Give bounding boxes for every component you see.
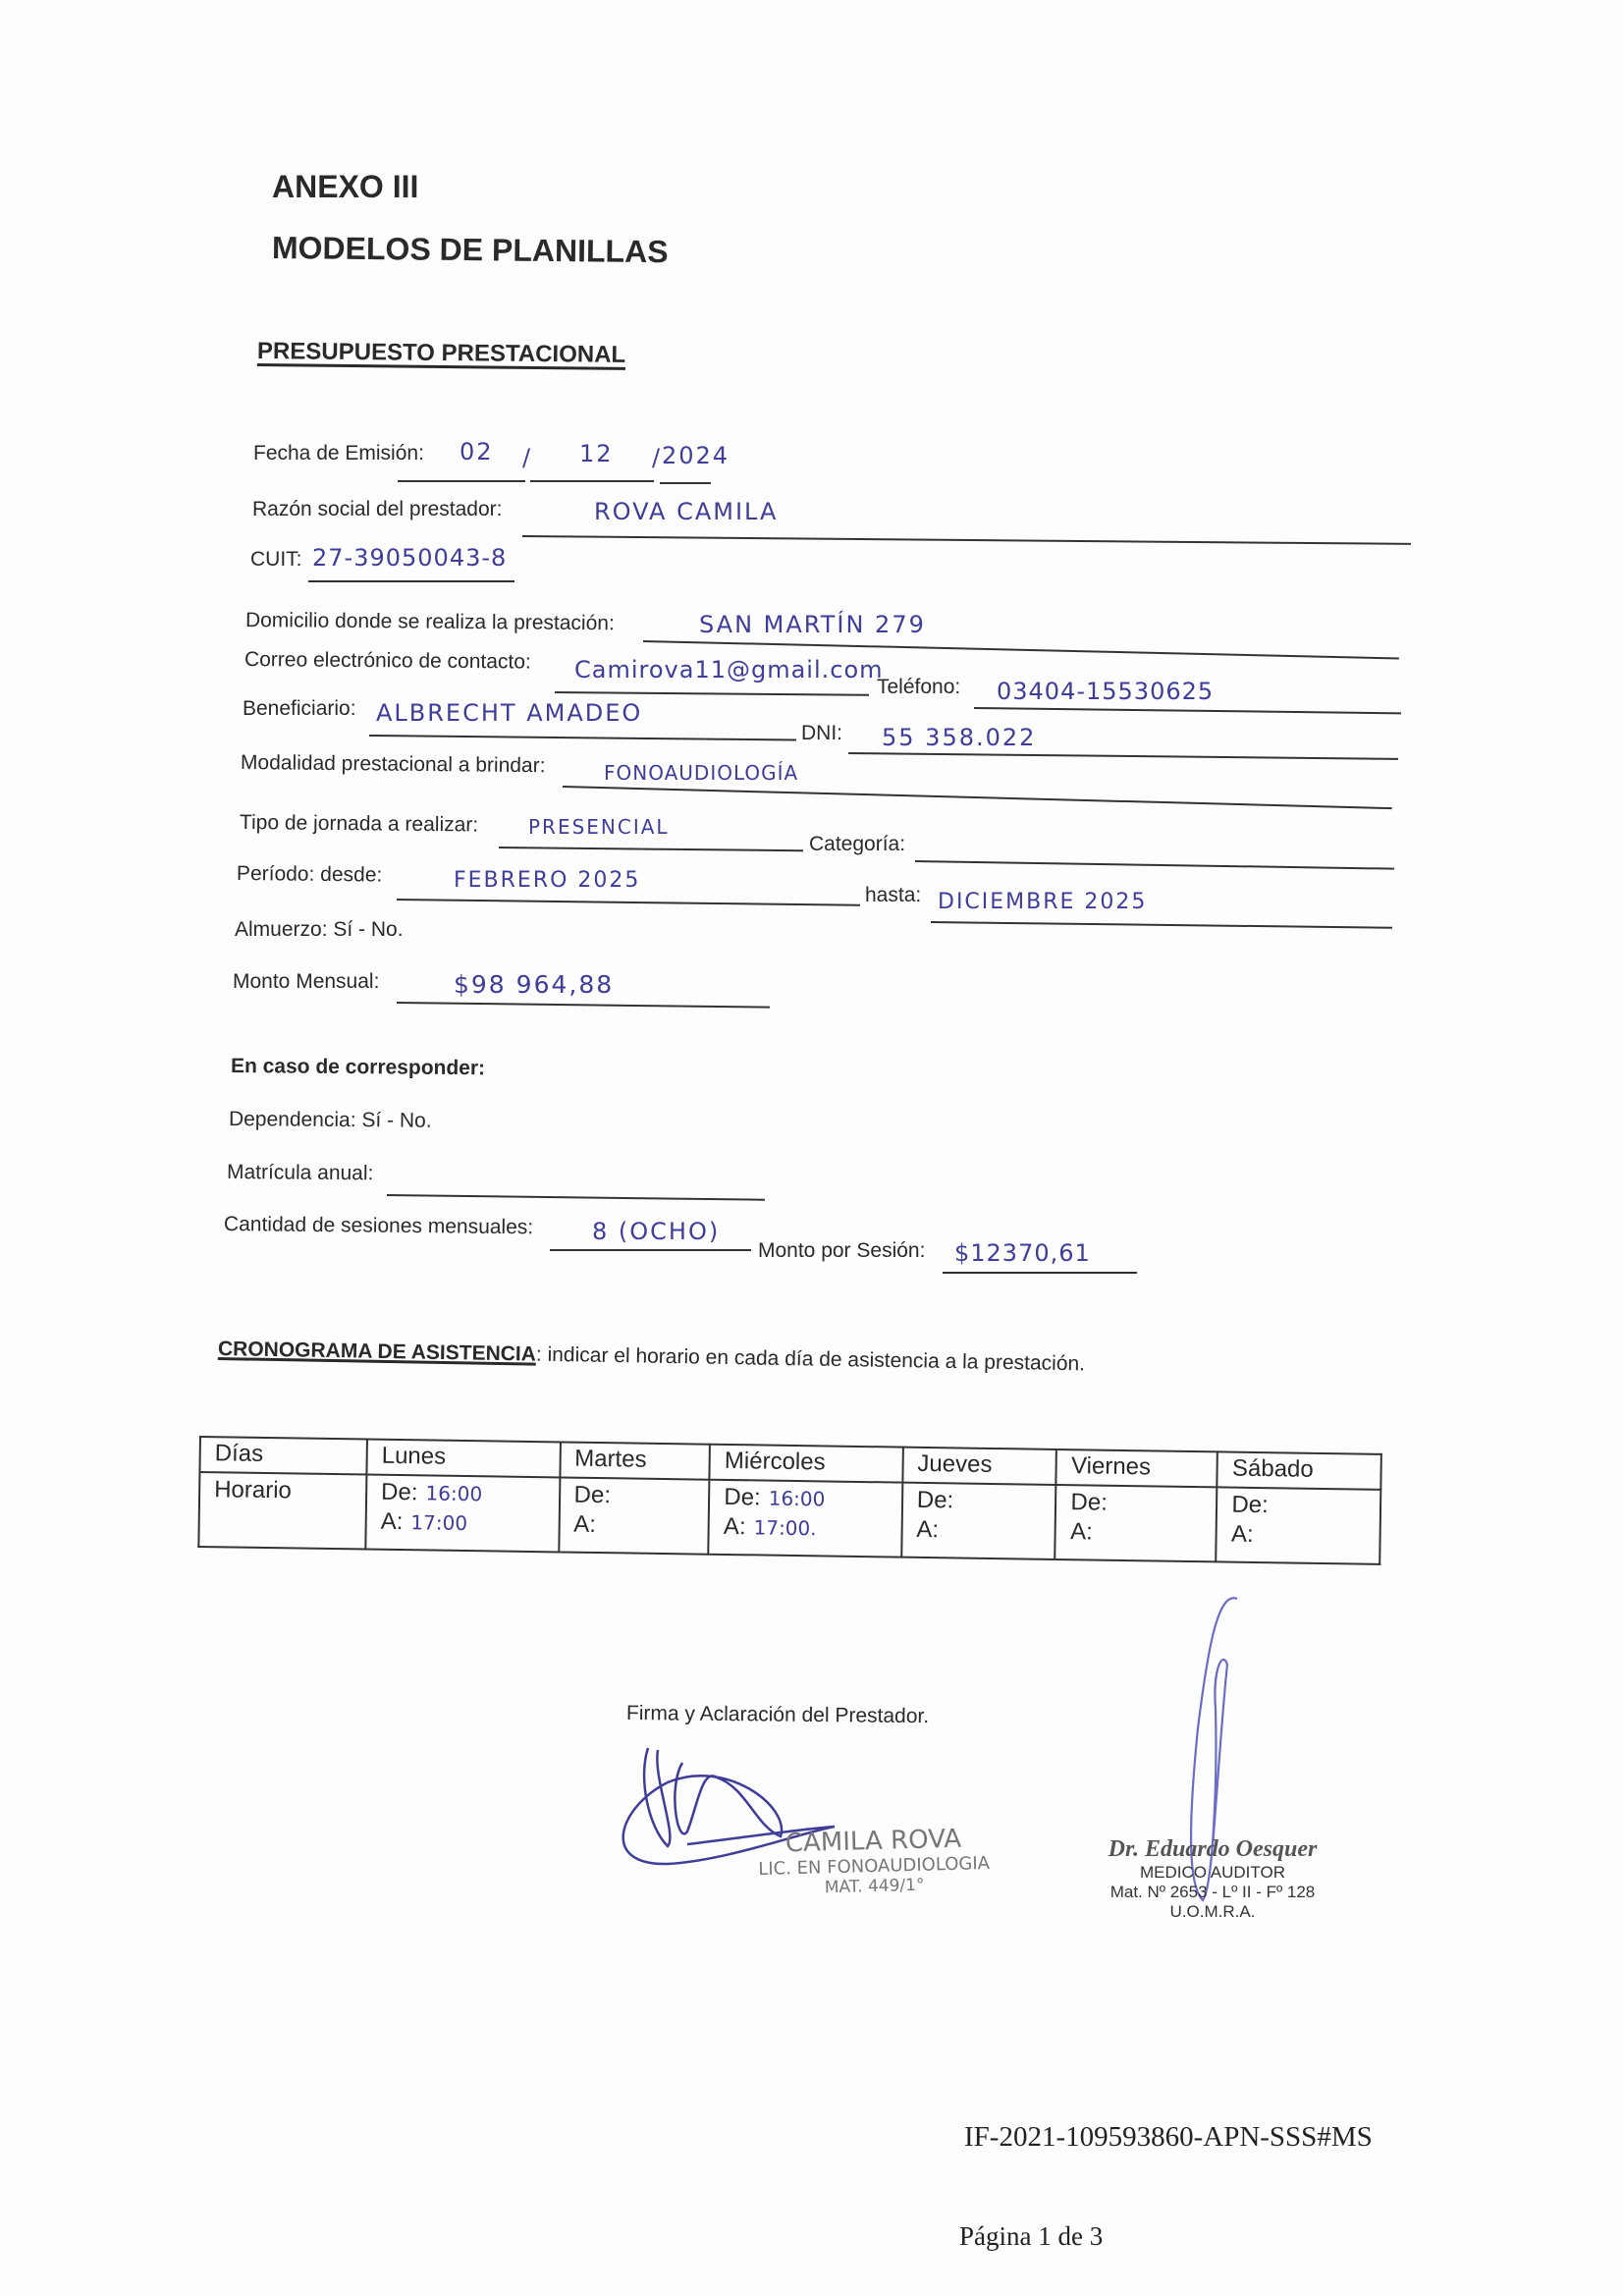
monto-sesion-value: $12370,61: [954, 1239, 1091, 1267]
beneficiario-label: Beneficiario:: [243, 697, 356, 721]
auditor-stamp: Dr. Eduardo Oesquer MEDICO AUDITOR Mat. …: [1065, 1836, 1360, 1922]
day-header: Sábado: [1217, 1451, 1381, 1489]
document-id: IF-2021-109593860-APN-SSS#MS: [964, 2121, 1373, 2154]
fecha-year: 2024: [662, 442, 730, 469]
horario-header: Horario: [198, 1472, 366, 1550]
domicilio-value: SAN MARTÍN 279: [699, 611, 926, 638]
correo-label: Correo electrónico de contacto:: [244, 648, 531, 675]
corresponder-title: En caso de corresponder:: [231, 1055, 485, 1080]
day-header: Lunes: [366, 1440, 560, 1478]
day-header: Martes: [560, 1442, 710, 1479]
periodo-desde-label: Período: desde:: [237, 862, 383, 888]
almuerzo-option: Almuerzo: Sí - No.: [235, 918, 404, 942]
schedule-cell-miercoles: De:16:00 A:17:00.: [709, 1480, 903, 1558]
schedule-cell-martes: De: A:: [559, 1477, 710, 1554]
cronograma-instruction: : indicar el horario en cada día de asis…: [536, 1343, 1085, 1376]
domicilio-label: Domicilio donde se realiza la prestación…: [245, 609, 615, 635]
prestador-stamp: CAMILA ROVA LIC. EN FONOAUDIOLOGIA MAT. …: [745, 1824, 1002, 1900]
day-header: Viernes: [1056, 1449, 1217, 1487]
lunes-a: 17:00: [410, 1510, 467, 1535]
fecha-day: 02: [460, 438, 494, 465]
section-title: PRESUPUESTO PRESTACIONAL: [257, 338, 625, 369]
tipo-jornada-value: PRESENCIAL: [528, 815, 670, 839]
fecha-month: 12: [579, 440, 614, 467]
razon-social-label: Razón social del prestador:: [252, 498, 502, 521]
subtitle: MODELOS DE PLANILLAS: [272, 230, 669, 270]
tipo-jornada-label: Tipo de jornada a realizar:: [240, 811, 478, 838]
cronograma-heading: CRONOGRAMA DE ASISTENCIA: indicar el hor…: [218, 1338, 1085, 1376]
annex-title: ANEXO III: [272, 169, 418, 205]
schedule-table: Días Lunes Martes Miércoles Jueves Viern…: [197, 1436, 1382, 1565]
cuit-label: CUIT:: [250, 548, 302, 572]
categoria-label: Categoría:: [809, 833, 905, 856]
fecha-label: Fecha de Emisión:: [253, 442, 424, 465]
dependencia-option: Dependencia: Sí - No.: [229, 1108, 432, 1133]
sesiones-label: Cantidad de sesiones mensuales:: [224, 1213, 533, 1239]
beneficiario-value: ALBRECHT AMADEO: [376, 699, 642, 727]
monto-mensual-label: Monto Mensual:: [233, 970, 379, 994]
day-header: Miércoles: [710, 1445, 903, 1483]
periodo-hasta-value: DICIEMBRE 2025: [938, 890, 1147, 914]
schedule-cell-lunes: De:16:00 A:17:00: [365, 1475, 560, 1553]
monto-mensual-value: $98 964,88: [454, 970, 614, 999]
cuit-value: 27-39050043-8: [312, 544, 507, 572]
lunes-de: 16:00: [425, 1481, 482, 1505]
razon-social-value: ROVA CAMILA: [594, 498, 778, 525]
periodo-hasta-label: hasta:: [865, 884, 921, 907]
fecha-emision-field: Fecha de Emisión:: [253, 442, 424, 465]
modalidad-label: Modalidad prestacional a brindar:: [241, 751, 546, 778]
day-header: Jueves: [902, 1448, 1056, 1485]
miercoles-a: 17:00.: [753, 1515, 816, 1540]
matricula-label: Matrícula anual:: [227, 1161, 374, 1185]
schedule-cell-sabado: De: A:: [1217, 1487, 1381, 1563]
correo-value: Camirova11@gmail.com: [574, 656, 884, 683]
monto-sesion-label: Monto por Sesión:: [758, 1239, 925, 1263]
miercoles-de: 16:00: [769, 1487, 826, 1511]
dias-header: Días: [199, 1437, 367, 1475]
cronograma-title: CRONOGRAMA DE ASISTENCIA: [218, 1338, 536, 1366]
dni-label: DNI:: [801, 722, 842, 745]
schedule-cell-viernes: De: A:: [1055, 1485, 1217, 1561]
telefono-value: 03404-15530625: [997, 678, 1214, 705]
dni-value: 55 358.022: [882, 724, 1036, 751]
document-page: ANEXO III MODELOS DE PLANILLAS PRESUPUES…: [0, 0, 1623, 2296]
periodo-desde-value: FEBRERO 2025: [454, 868, 640, 893]
firma-label: Firma y Aclaración del Prestador.: [626, 1702, 929, 1728]
sesiones-value: 8 (OCHO): [592, 1218, 720, 1245]
telefono-label: Teléfono:: [877, 676, 960, 699]
schedule-cell-jueves: De: A:: [901, 1483, 1056, 1559]
page-number: Página 1 de 3: [959, 2221, 1103, 2252]
modalidad-value: FONOAUDIOLOGÍA: [604, 761, 798, 785]
